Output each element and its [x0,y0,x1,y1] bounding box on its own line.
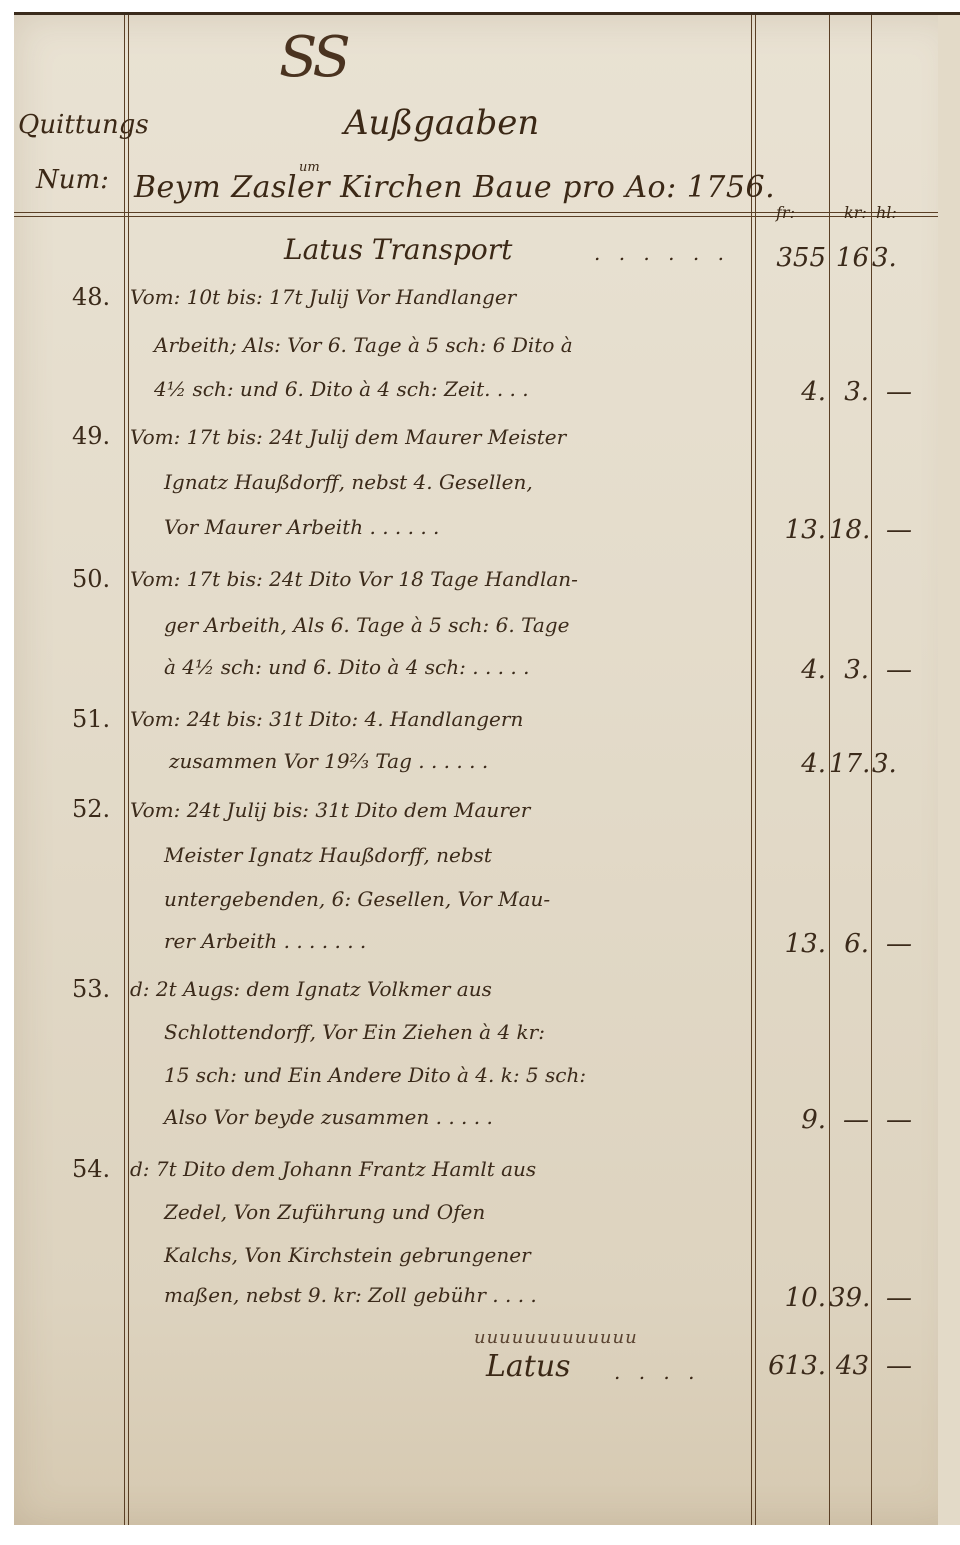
page-title: Außgaaben [344,103,539,143]
entry-line: Vom: 17t bis: 24t Dito Vor 18 Tage Handl… [130,567,578,591]
page-subtitle: Beym Zasler Kirchen Baue pro Ao: 1756. [134,170,775,205]
entry-line: Schlottendorff, Vor Ein Ziehen à 4 kr: [164,1020,545,1044]
entry-line: d: 7t Dito dem Johann Frantz Hamlt aus [130,1157,536,1181]
entry-line: Meister Ignatz Haußdorff, nebst [164,843,492,867]
entry-heller: — [886,929,926,959]
total-flourish: uuuuuuuuuuuuu [474,1327,638,1348]
entry-line: maßen, nebst 9. kr: Zoll gebühr . . . . [164,1283,537,1307]
total-dots: . . . . [614,1360,701,1384]
entry-line: d: 2t Augs: dem Ignatz Volkmer aus [130,977,492,1001]
entry-kreuzer: 18. [829,515,869,545]
entry-line: Also Vor beyde zusammen . . . . . [164,1105,493,1129]
entry-kreuzer: — [829,1105,869,1135]
entry-line: untergebenden, 6: Gesellen, Vor Mau- [164,887,550,911]
entry-line: Vom: 17t bis: 24t Julij dem Maurer Meist… [130,425,566,449]
entry-gulden: 13. [756,515,826,545]
entry-line: Kalchs, Von Kirchstein gebrungener [164,1243,531,1267]
total-kreuzer: 43 [829,1351,869,1381]
margin-rule-left-a [124,15,125,1525]
entry-heller: — [886,377,926,407]
entry-kreuzer: 17. [829,749,869,779]
entry-line: Ignatz Haußdorff, nebst 4. Gesellen, [164,470,533,494]
total-label: Latus [486,1349,571,1384]
margin-rule-left-b [128,15,129,1525]
header-rule-a [14,212,938,213]
entry-kreuzer: 6. [829,929,869,959]
carry-forward-heller: 3. [872,243,902,273]
next-page-edge [938,15,960,1525]
entry-gulden: 10. [756,1283,826,1313]
entry-gulden: 13. [756,929,826,959]
entry-number: 49. [72,422,110,450]
carry-forward-gulden: 355 [756,243,826,273]
entry-line: Arbeith; Als: Vor 6. Tage à 5 sch: 6 Dit… [154,333,573,357]
entry-line: 15 sch: und Ein Andere Dito à 4. k: 5 sc… [164,1063,586,1087]
entry-heller: — [886,655,926,685]
entry-gulden: 4. [756,377,826,407]
carry-forward-label: Latus Transport [284,233,512,266]
entry-line: zusammen Vor 19⅔ Tag . . . . . . [169,749,488,773]
carry-forward-kreuzer: 16 [829,243,869,273]
entry-kreuzer: 39. [829,1283,869,1313]
entry-heller: 3. [872,749,902,779]
entry-line: ger Arbeith, Als 6. Tage à 5 sch: 6. Tag… [164,613,569,637]
entry-kreuzer: 3. [829,655,869,685]
entry-line: Vom: 24t bis: 31t Dito: 4. Handlangern [130,707,523,731]
entry-number: 48. [72,283,110,311]
entry-line: à 4½ sch: und 6. Dito à 4 sch: . . . . . [164,655,529,679]
entry-number: 50. [72,565,110,593]
entry-heller: — [886,515,926,545]
receipt-label: Quittungs [18,110,149,140]
entry-gulden: 4. [756,655,826,685]
column-header-heller: hl: [876,203,897,222]
column-header-gulden: fr: [776,203,795,222]
column-header-kreuzer: kr: [844,203,867,222]
entry-number: 51. [72,705,110,733]
entry-gulden: 4. [756,749,826,779]
entry-number: 52. [72,795,110,823]
entry-kreuzer: 3. [829,377,869,407]
amount-rule-left-a [751,15,752,1525]
title-ornament: SS [279,25,347,90]
carry-forward-dots: . . . . . . [594,241,730,265]
header-rule-b [14,216,938,217]
entry-number: 53. [72,975,110,1003]
number-label: Num: [36,165,109,195]
entry-heller: — [886,1105,926,1135]
entry-heller: — [886,1283,926,1313]
total-gulden: 613. [734,1351,826,1381]
entry-line: rer Arbeith . . . . . . . [164,929,366,953]
entry-line: Vom: 10t bis: 17t Julij Vor Handlanger [130,285,516,309]
entry-line: 4½ sch: und 6. Dito à 4 sch: Zeit. . . . [154,377,529,401]
entry-line: Vor Maurer Arbeith . . . . . . [164,515,439,539]
ledger-page: Quittungs Num: SS Außgaaben um Beym Zasl… [14,12,960,1525]
entry-line: Zedel, Von Zuführung und Ofen [164,1200,485,1224]
entry-gulden: 9. [756,1105,826,1135]
entry-number: 54. [72,1155,110,1183]
total-heller: — [886,1351,926,1381]
entry-line: Vom: 24t Julij bis: 31t Dito dem Maurer [130,798,530,822]
